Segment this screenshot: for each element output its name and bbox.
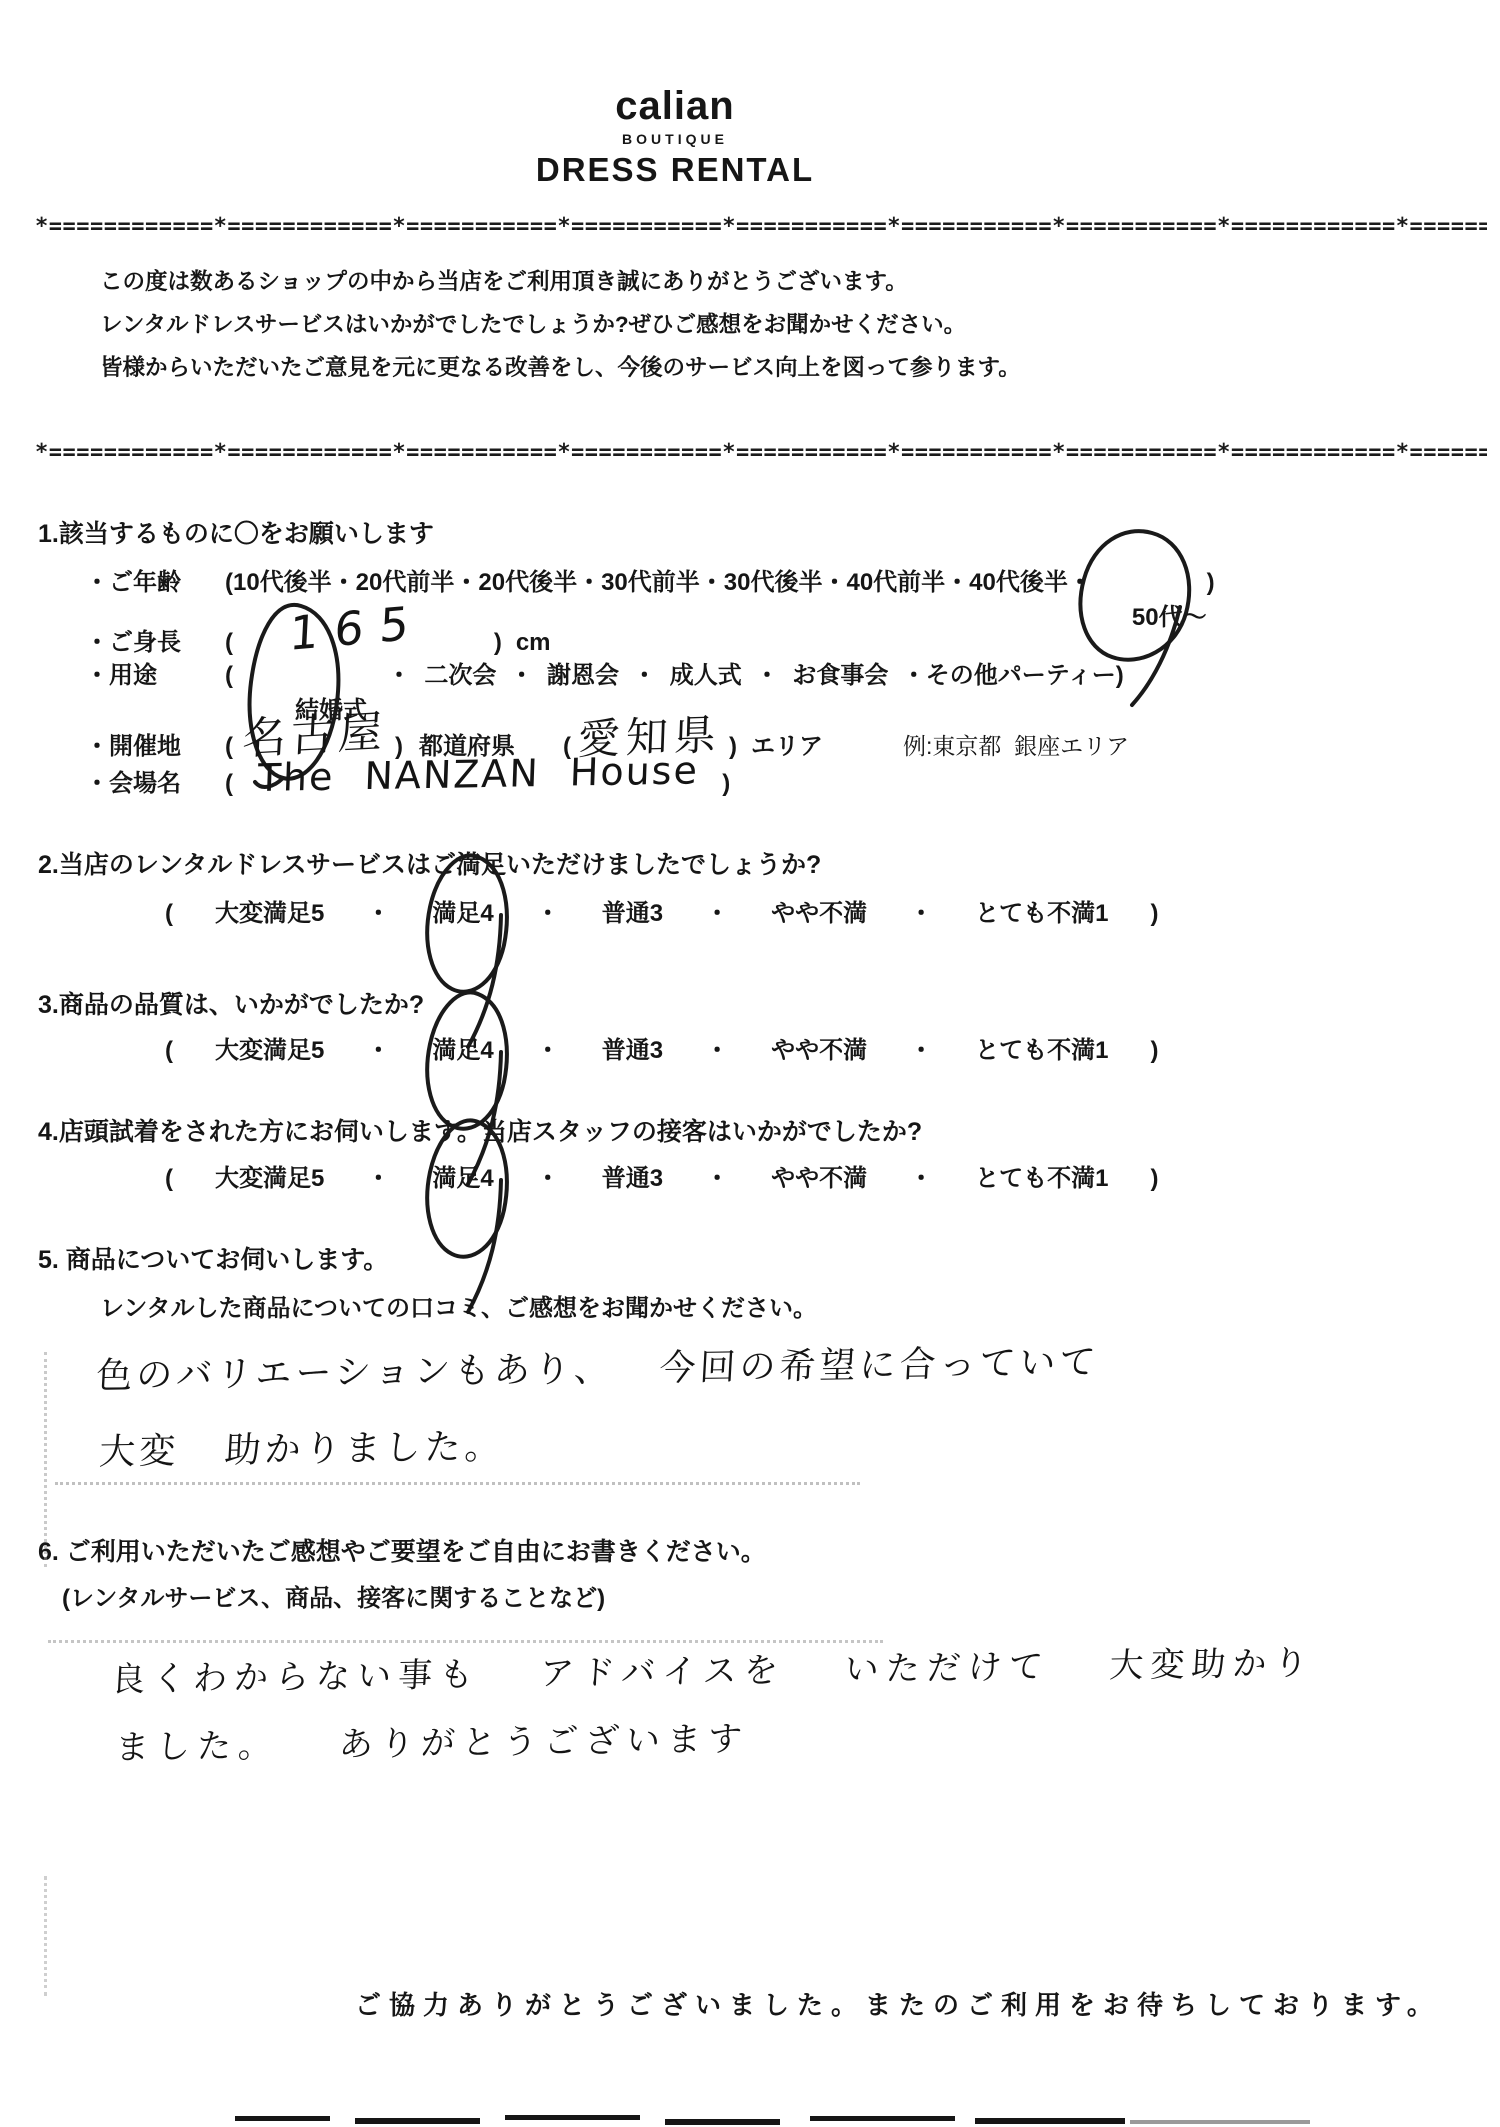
scale-option-2: やや不満 bbox=[771, 893, 867, 928]
scanned-survey-page: calian BOUTIQUE DRESS RENTAL *==========… bbox=[0, 0, 1500, 2127]
scale-dot: ・ bbox=[909, 893, 933, 928]
question-2-scale: ( 大変満足5 ・ 満足4 ・ 普通3 ・ やや不満 ・ とても不満1 ) bbox=[165, 893, 1158, 928]
question-6-title: 6. ご利用いただいたご感想やご要望をご自由にお書きください。 bbox=[38, 1532, 766, 1568]
handwritten-circle-annotation bbox=[408, 972, 528, 1187]
scan-artifact-dash bbox=[235, 2116, 330, 2121]
height-open-paren: ( bbox=[225, 629, 233, 657]
scale-open-paren: ( bbox=[165, 1165, 173, 1193]
closing-thanks-text: ご協力ありがとうございました。またのご利用をお待ちしております。 bbox=[355, 1985, 1441, 2022]
usage-other-options: ・ 二次会 ・ 謝恩会 ・ 成人式 ・ お食事会 ・その他パーティー) bbox=[387, 655, 1124, 690]
scale-option-2: やや不満 bbox=[771, 1030, 867, 1065]
scale-option-4-circled: 満足4 bbox=[432, 893, 493, 928]
venue-name-label: ・会場名 bbox=[85, 763, 225, 798]
venue-area-example: 例:東京都 銀座エリア bbox=[903, 728, 1129, 761]
intro-line-2: レンタルドレスサービスはいかがでしたでしょうか?ぜひご感想をお聞かせください。 bbox=[100, 303, 1021, 346]
question-5-subtitle: レンタルした商品についての口コミ、ご感想をお聞かせください。 bbox=[100, 1288, 817, 1323]
scale-open-paren: ( bbox=[165, 1037, 173, 1065]
scale-option-1: とても不満1 bbox=[975, 1158, 1108, 1193]
question-5-title: 5. 商品についてお伺いします。 bbox=[38, 1240, 388, 1276]
brand-subtitle: BOUTIQUE bbox=[0, 131, 1350, 147]
scale-dot: ・ bbox=[705, 893, 729, 928]
venue-area-area-label: エリア bbox=[751, 726, 823, 761]
scale-dot: ・ bbox=[536, 1030, 560, 1065]
scan-artifact-dotted-margin bbox=[44, 1352, 47, 1567]
scan-artifact-dash bbox=[810, 2116, 955, 2121]
separator-line-top: *============*============*===========*=… bbox=[35, 214, 1487, 246]
scan-artifact-dash bbox=[1130, 2120, 1310, 2124]
scale-option-5: 大変満足5 bbox=[215, 893, 324, 928]
question-6-handwritten-answer-line-2: ました。 ありがとうございます bbox=[114, 1711, 750, 1769]
question-1-title: 1.該当するものに〇をお願いします bbox=[38, 514, 434, 550]
scale-dot: ・ bbox=[366, 1030, 390, 1065]
document-title: DRESS RENTAL bbox=[0, 151, 1350, 189]
height-unit: cm bbox=[516, 629, 551, 657]
scan-artifact-dash bbox=[665, 2119, 780, 2125]
intro-line-1: この度は数あるショップの中から当店をご利用頂き誠にありがとうございます。 bbox=[100, 260, 1021, 303]
answer-ruled-dotted-line bbox=[55, 1482, 860, 1485]
brand-logo: calian bbox=[0, 84, 1350, 129]
scale-dot: ・ bbox=[366, 893, 390, 928]
age-label: ・ご年齢 bbox=[85, 562, 225, 597]
scale-option-1: とても不満1 bbox=[975, 1030, 1108, 1065]
scale-close-paren: ) bbox=[1150, 900, 1158, 928]
height-row: ・ご身長 ( 165 ) cm bbox=[85, 607, 551, 661]
scale-open-paren: ( bbox=[165, 900, 173, 928]
question-6-handwritten-answer-line-1: 良くわからない事も アドバイスを いただけて 大変助かり bbox=[110, 1635, 1316, 1701]
scale-option-3: 普通3 bbox=[602, 1158, 663, 1193]
scan-artifact-dotted-margin bbox=[44, 1876, 47, 1996]
scale-option-4: 満足4 bbox=[432, 1037, 493, 1064]
scale-dot: ・ bbox=[536, 893, 560, 928]
scale-option-4: 満足4 bbox=[432, 1165, 493, 1192]
age-close-paren: ) bbox=[1207, 569, 1215, 597]
scale-option-5: 大変満足5 bbox=[215, 1030, 324, 1065]
scan-artifact-dash bbox=[975, 2118, 1125, 2124]
intro-paragraph: この度は数あるショップの中から当店をご利用頂き誠にありがとうございます。 レンタ… bbox=[100, 260, 1021, 389]
brand-header: calian BOUTIQUE DRESS RENTAL bbox=[0, 84, 1350, 189]
venue-name-row: ・会場名 ( The NANZAN House ) bbox=[85, 750, 730, 800]
question-3-scale: ( 大変満足5 ・ 満足4 ・ 普通3 ・ やや不満 ・ とても不満1 ) bbox=[165, 1030, 1158, 1065]
scale-option-4: 満足4 bbox=[432, 900, 493, 927]
venue-name-open-paren: ( bbox=[225, 770, 233, 798]
height-close-paren: ) bbox=[494, 629, 502, 657]
usage-open-paren: ( bbox=[225, 662, 233, 690]
scale-dot: ・ bbox=[909, 1158, 933, 1193]
scale-close-paren: ) bbox=[1150, 1037, 1158, 1065]
age-options: (10代後半・20代前半・20代後半・30代前半・30代後半・40代前半・40代… bbox=[225, 562, 1092, 597]
scale-option-1: とても不満1 bbox=[975, 893, 1108, 928]
age-circled-text: 50代〜 bbox=[1132, 604, 1207, 631]
question-3-title: 3.商品の品質は、いかがでしたか? bbox=[38, 985, 424, 1021]
question-6-subtitle: (レンタルサービス、商品、接客に関することなど) bbox=[62, 1578, 605, 1613]
question-5-handwritten-answer-line-2: 大変 助かりました。 bbox=[98, 1418, 506, 1475]
height-handwritten-value: 165 bbox=[288, 595, 426, 661]
scale-option-4-circled: 満足4 bbox=[432, 1030, 493, 1065]
scale-option-3: 普通3 bbox=[602, 893, 663, 928]
scale-dot: ・ bbox=[705, 1158, 729, 1193]
scan-artifact-dash bbox=[505, 2115, 640, 2120]
height-label: ・ご身長 bbox=[85, 622, 225, 657]
venue-name-close-paren: ) bbox=[722, 770, 730, 798]
separator-line-bottom: *============*============*===========*=… bbox=[35, 440, 1487, 472]
scale-dot: ・ bbox=[705, 1030, 729, 1065]
scale-option-5: 大変満足5 bbox=[215, 1158, 324, 1193]
question-4-scale: ( 大変満足5 ・ 満足4 ・ 普通3 ・ やや不満 ・ とても不満1 ) bbox=[165, 1158, 1158, 1193]
question-5-handwritten-answer-line-1: 色のバリエーションもあり、 今回の希望に合っていて bbox=[95, 1334, 1101, 1399]
question-2-title: 2.当店のレンタルドレスサービスはご満足いただけましたでしょうか? bbox=[38, 845, 821, 881]
usage-label: ・用途 bbox=[85, 655, 225, 690]
scan-artifact-dash bbox=[355, 2118, 480, 2124]
scale-option-2: やや不満 bbox=[771, 1158, 867, 1193]
scale-option-3: 普通3 bbox=[602, 1030, 663, 1065]
scale-dot: ・ bbox=[909, 1030, 933, 1065]
scale-close-paren: ) bbox=[1150, 1165, 1158, 1193]
scale-dot: ・ bbox=[536, 1158, 560, 1193]
venue-name-handwritten-value: The NANZAN House bbox=[257, 748, 700, 800]
scale-option-4-circled: 満足4 bbox=[432, 1158, 493, 1193]
question-4-title: 4.店頭試着をされた方にお伺いします。当店スタッフの接客はいかがでしたか? bbox=[38, 1112, 922, 1148]
intro-line-3: 皆様からいただいたご意見を元に更なる改善をし、今後のサービス向上を図って参ります… bbox=[100, 346, 1021, 389]
scale-dot: ・ bbox=[366, 1158, 390, 1193]
